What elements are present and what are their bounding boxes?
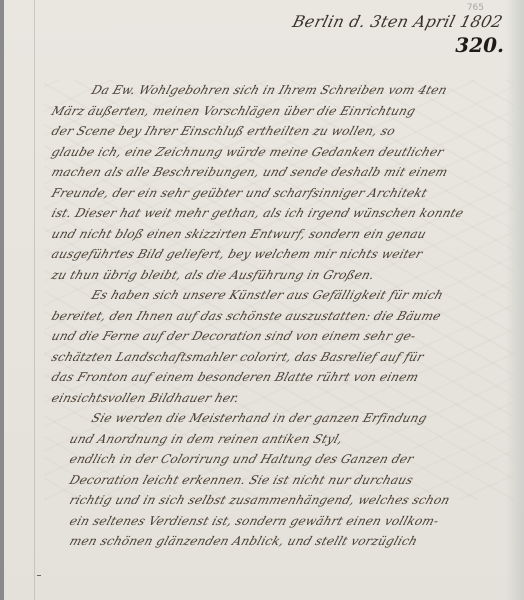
text-line: ein seltenes Verdienst ist, sondern gewä…	[41, 511, 513, 532]
text-line: und die Ferne auf der Decoration sind vo…	[41, 326, 513, 347]
text-line: Da Ew. Wohlgebohren sich in Ihrem Schrei…	[41, 80, 513, 101]
text-line: Es haben sich unsere Künstler aus Gefäll…	[41, 285, 513, 306]
text-line: glaube ich, eine Zeichnung würde meine G…	[41, 142, 513, 163]
text-line: schätzten Landschaftsmahler colorirt, da…	[41, 347, 513, 368]
letter-body: Da Ew. Wohlgebohren sich in Ihrem Schrei…	[44, 80, 509, 552]
text-line: Freunde, der ein sehr geübter und scharf…	[41, 183, 513, 204]
date-line: Berlin d. 3ten April 1802	[290, 12, 504, 31]
text-line: Decoration leicht erkennen. Sie ist nich…	[41, 470, 513, 491]
text-line: endlich in der Colorirung und Haltung de…	[41, 449, 513, 470]
text-line: ist. Dieser hat weit mehr gethan, als ic…	[41, 203, 513, 224]
text-line: zu thun übrig bleibt, als die Ausführung…	[41, 265, 513, 286]
text-line: der Scene bey Ihrer Einschluß ertheilten…	[41, 121, 513, 142]
folio-number: 320.	[455, 33, 504, 57]
text-line: men schönen glänzenden Anblick, und stel…	[41, 531, 513, 552]
text-line: richtig und in sich selbst zusammenhänge…	[41, 490, 513, 511]
text-line: das Fronton auf einem besonderen Blatte …	[41, 367, 513, 388]
margin-ink-mark	[37, 575, 41, 576]
text-line: machen als alle Beschreibungen, und send…	[41, 162, 513, 183]
text-line: bereitet, den Ihnen auf das schönste aus…	[41, 306, 513, 327]
text-line: Sie werden die Meisterhand in der ganzen…	[41, 408, 513, 429]
page-fold-line	[34, 0, 35, 600]
text-line: und nicht bloß einen skizzirten Entwurf,…	[41, 224, 513, 245]
manuscript-page: 765 Berlin d. 3ten April 1802 320. Da Ew…	[4, 0, 524, 600]
text-line: einsichtsvollen Bildhauer her.	[41, 388, 513, 409]
text-line: März äußerten, meinen Vorschlägen über d…	[41, 101, 513, 122]
text-line: ausgeführtes Bild geliefert, bey welchem…	[41, 244, 513, 265]
text-line: und Anordnung in dem reinen antiken Styl…	[41, 429, 513, 450]
